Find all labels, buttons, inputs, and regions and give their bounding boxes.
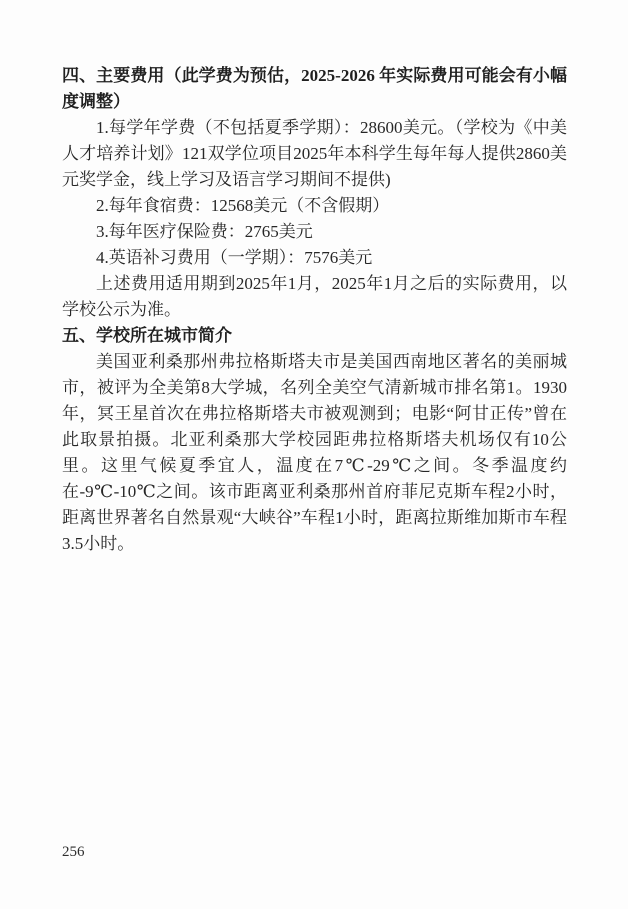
section-main-fees: 四、主要费用（此学费为预估，2025-2026 年实际费用可能会有小幅度调整） …	[62, 63, 567, 323]
paragraph-tuition: 1.每学年学费（不包括夏季学期）：28600美元。（学校为《中美人才培养计划》1…	[62, 115, 567, 193]
paragraph-medical-insurance: 3.每年医疗保险费：2765美元	[62, 219, 567, 245]
section-heading-city-intro: 五、学校所在城市简介	[62, 323, 567, 349]
page-number: 256	[62, 842, 85, 862]
paragraph-fees-validity: 上述费用适用期到2025年1月，2025年1月之后的实际费用，以学校公示为准。	[62, 271, 567, 323]
paragraph-english-tutoring: 4.英语补习费用（一学期）：7576美元	[62, 245, 567, 271]
paragraph-city-description: 美国亚利桑那州弗拉格斯塔夫市是美国西南地区著名的美丽城市，被评为全美第8大学城，…	[62, 349, 567, 557]
page-content: 四、主要费用（此学费为预估，2025-2026 年实际费用可能会有小幅度调整） …	[62, 63, 567, 557]
section-city-intro: 五、学校所在城市简介 美国亚利桑那州弗拉格斯塔夫市是美国西南地区著名的美丽城市，…	[62, 323, 567, 557]
document-page: 四、主要费用（此学费为预估，2025-2026 年实际费用可能会有小幅度调整） …	[0, 0, 628, 909]
section-heading-main-fees: 四、主要费用（此学费为预估，2025-2026 年实际费用可能会有小幅度调整）	[62, 63, 567, 115]
paragraph-room-board: 2.每年食宿费：12568美元（不含假期）	[62, 193, 567, 219]
